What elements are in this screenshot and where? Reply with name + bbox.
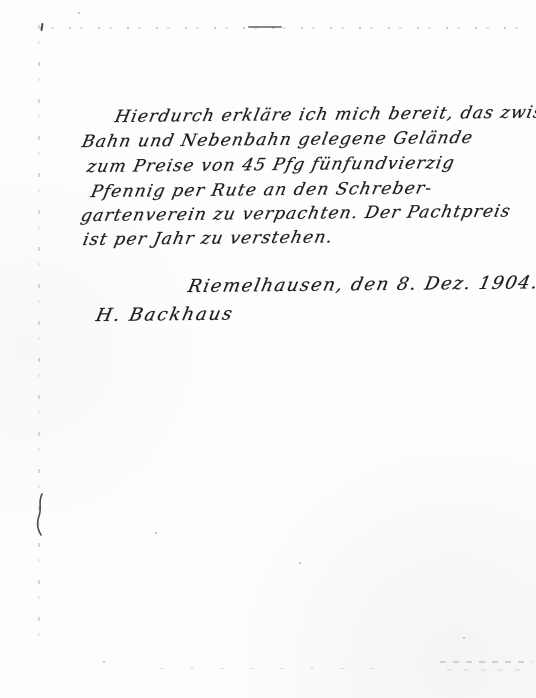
paper-speck (78, 12, 80, 14)
handwriting-line-3: zum Preise von 45 Pfg fünfundvierzig (85, 153, 457, 177)
top-dotted-line-artifact (40, 27, 528, 29)
handwriting-line-4: Pfennig per Rute an den Schreber- (89, 178, 434, 202)
paper-speck (299, 562, 301, 564)
handwriting-line-2: Bahn und Nebenbahn gelegene Gelände (80, 128, 475, 152)
handwriting-line-1: Hierdurch erkläre ich mich bereit, das z… (113, 102, 536, 127)
left-dotted-line-artifact (38, 25, 40, 640)
scanned-letter-page: Hierdurch erkläre ich mich bereit, das z… (0, 0, 536, 698)
dateline: Riemelhausen, den 8. Dez. 1904. (186, 272, 536, 297)
handwriting-line-5: gartenverein zu verpachten. Der Pachtpre… (79, 202, 513, 226)
ink-smudge (30, 492, 46, 540)
top-dash-artifact (248, 26, 282, 28)
bottom-right-speck-cluster (440, 655, 532, 675)
handwriting-line-6: ist per Jahr zu verstehen. (81, 227, 335, 250)
signature: H. Backhaus (94, 304, 236, 326)
paper-speck (155, 532, 157, 534)
bottom-speck-line (160, 668, 390, 669)
paper-speck (463, 637, 465, 639)
paper-speck (103, 661, 105, 663)
